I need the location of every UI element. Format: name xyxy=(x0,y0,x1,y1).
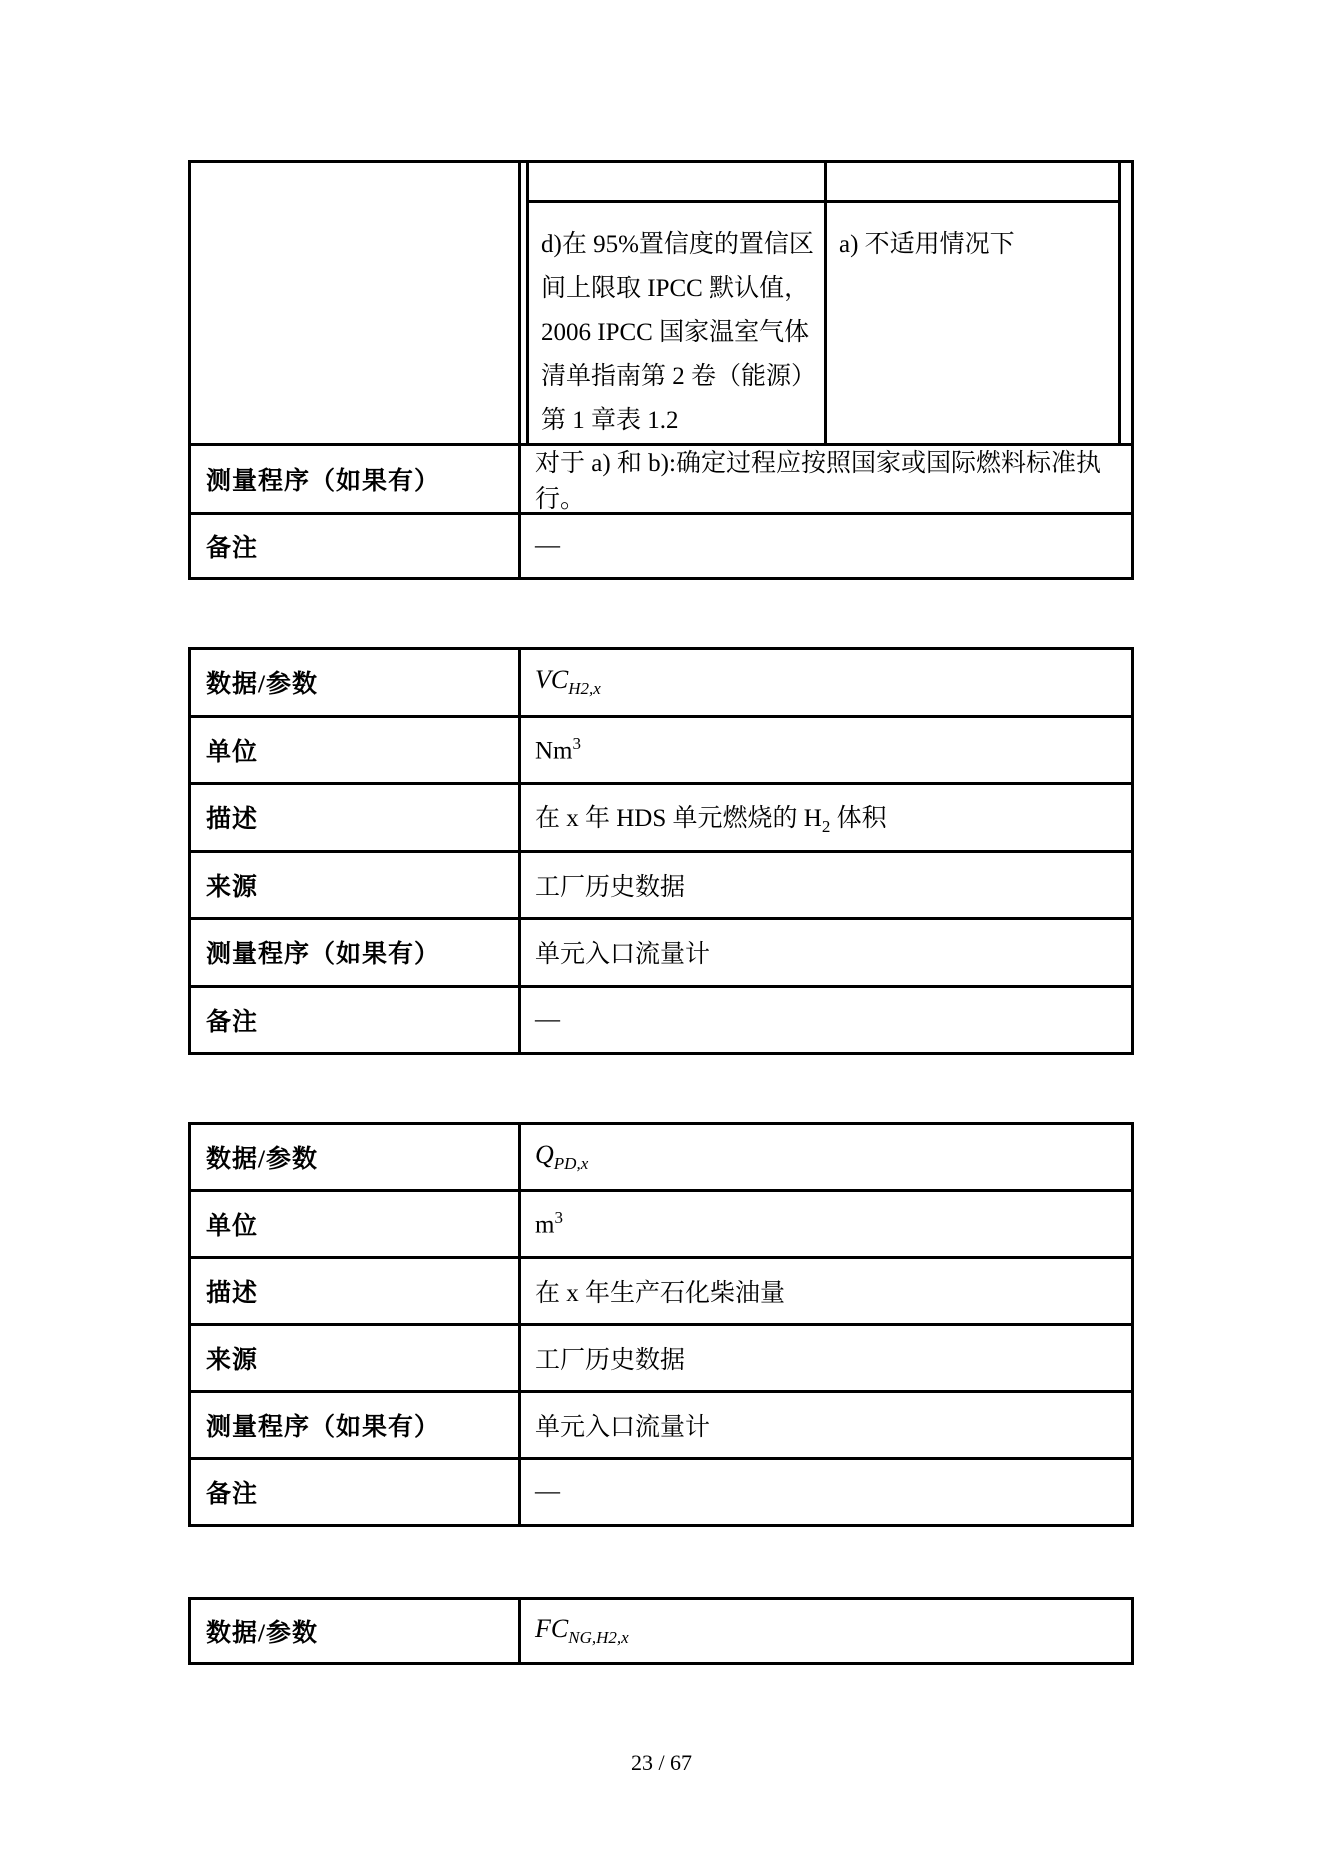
table-row: 数据/参数 VCH2,x xyxy=(191,650,1131,718)
row-value: — xyxy=(521,1460,1131,1524)
row-label: 数据/参数 xyxy=(191,1600,521,1662)
row-label: 来源 xyxy=(191,1326,521,1390)
parameter-table-vch2x: 数据/参数 VCH2,x 单位 Nm3 描述 在 x 年 HDS 单元燃烧的 H… xyxy=(188,647,1134,1055)
table-row: 备注 — xyxy=(191,1460,1131,1524)
table-row: 测量程序（如果有） 单元入口流量计 xyxy=(191,1393,1131,1460)
empty-label-cell xyxy=(191,163,521,443)
row-value: 在 x 年 HDS 单元燃烧的 H2 体积 xyxy=(521,785,1131,850)
nested-empty-cell xyxy=(827,163,1118,200)
description-value: 在 x 年 HDS 单元燃烧的 H2 体积 xyxy=(535,798,887,837)
row-label: 单位 xyxy=(191,1192,521,1256)
table-row: 单位 Nm3 xyxy=(191,718,1131,786)
parameter-symbol: FCNG,H2,x xyxy=(535,1614,629,1648)
table-row: 描述 在 x 年 HDS 单元燃烧的 H2 体积 xyxy=(191,785,1131,853)
table-row: 描述 在 x 年生产石化柴油量 xyxy=(191,1259,1131,1326)
row-value: 工厂历史数据 xyxy=(521,853,1131,918)
parameter-symbol: VCH2,x xyxy=(535,665,601,699)
row-label: 测量程序（如果有） xyxy=(191,446,521,512)
row-label: 描述 xyxy=(191,785,521,850)
row-label: 单位 xyxy=(191,718,521,783)
row-value: 在 x 年生产石化柴油量 xyxy=(521,1259,1131,1323)
row-value: 对于 a) 和 b):确定过程应按照国家或国际燃料标准执行。 xyxy=(521,446,1131,512)
table-row: 备注 — xyxy=(191,988,1131,1053)
row-label: 备注 xyxy=(191,515,521,577)
table-row: 数据/参数 FCNG,H2,x xyxy=(191,1600,1131,1662)
nested-empty-row xyxy=(529,163,1118,203)
table-row: 数据/参数 QPD,x xyxy=(191,1125,1131,1192)
row-value: VCH2,x xyxy=(521,650,1131,715)
option-d-cell: d)在 95%置信度的置信区间上限取 IPCC 默认值，2006 IPCC 国家… xyxy=(529,203,827,443)
row-label: 数据/参数 xyxy=(191,650,521,715)
row-label: 数据/参数 xyxy=(191,1125,521,1189)
nested-datasource-table: d)在 95%置信度的置信区间上限取 IPCC 默认值，2006 IPCC 国家… xyxy=(526,163,1121,443)
row-label: 备注 xyxy=(191,988,521,1053)
page-number: 23 / 67 xyxy=(0,1750,1323,1776)
row-value: QPD,x xyxy=(521,1125,1131,1189)
table-row: 测量程序（如果有） 单元入口流量计 xyxy=(191,920,1131,988)
nested-content-row: d)在 95%置信度的置信区间上限取 IPCC 默认值，2006 IPCC 国家… xyxy=(529,203,1118,443)
option-a-cell: a) 不适用情况下 xyxy=(827,203,1118,443)
row-value: FCNG,H2,x xyxy=(521,1600,1131,1662)
row-value: 单元入口流量计 xyxy=(521,1393,1131,1457)
row-label: 描述 xyxy=(191,1259,521,1323)
nested-cell-wrapper: d)在 95%置信度的置信区间上限取 IPCC 默认值，2006 IPCC 国家… xyxy=(521,163,1131,443)
nested-empty-cell xyxy=(529,163,827,200)
row-label: 备注 xyxy=(191,1460,521,1524)
table-continuation: d)在 95%置信度的置信区间上限取 IPCC 默认值，2006 IPCC 国家… xyxy=(188,160,1134,580)
table-row: d)在 95%置信度的置信区间上限取 IPCC 默认值，2006 IPCC 国家… xyxy=(191,163,1131,446)
parameter-symbol: QPD,x xyxy=(535,1140,588,1174)
document-page: { "table1": { "row1": { "inner": { "cell… xyxy=(0,0,1323,1871)
table-row: 备注 — xyxy=(191,515,1131,577)
table-row: 单位 m3 xyxy=(191,1192,1131,1259)
row-label: 来源 xyxy=(191,853,521,918)
table-row: 来源 工厂历史数据 xyxy=(191,853,1131,921)
unit-value: m3 xyxy=(535,1208,563,1239)
row-value: 工厂历史数据 xyxy=(521,1326,1131,1390)
unit-value: Nm3 xyxy=(535,734,581,765)
table-row: 来源 工厂历史数据 xyxy=(191,1326,1131,1393)
row-value: 单元入口流量计 xyxy=(521,920,1131,985)
row-value: m3 xyxy=(521,1192,1131,1256)
row-label: 测量程序（如果有） xyxy=(191,1393,521,1457)
parameter-table-qpdx: 数据/参数 QPD,x 单位 m3 描述 在 x 年生产石化柴油量 来源 工厂历… xyxy=(188,1122,1134,1527)
row-value: — xyxy=(521,515,1131,577)
row-value: Nm3 xyxy=(521,718,1131,783)
parameter-table-fcngh2x: 数据/参数 FCNG,H2,x xyxy=(188,1597,1134,1665)
table-row: 测量程序（如果有） 对于 a) 和 b):确定过程应按照国家或国际燃料标准执行。 xyxy=(191,446,1131,515)
row-value: — xyxy=(521,988,1131,1053)
row-label: 测量程序（如果有） xyxy=(191,920,521,985)
